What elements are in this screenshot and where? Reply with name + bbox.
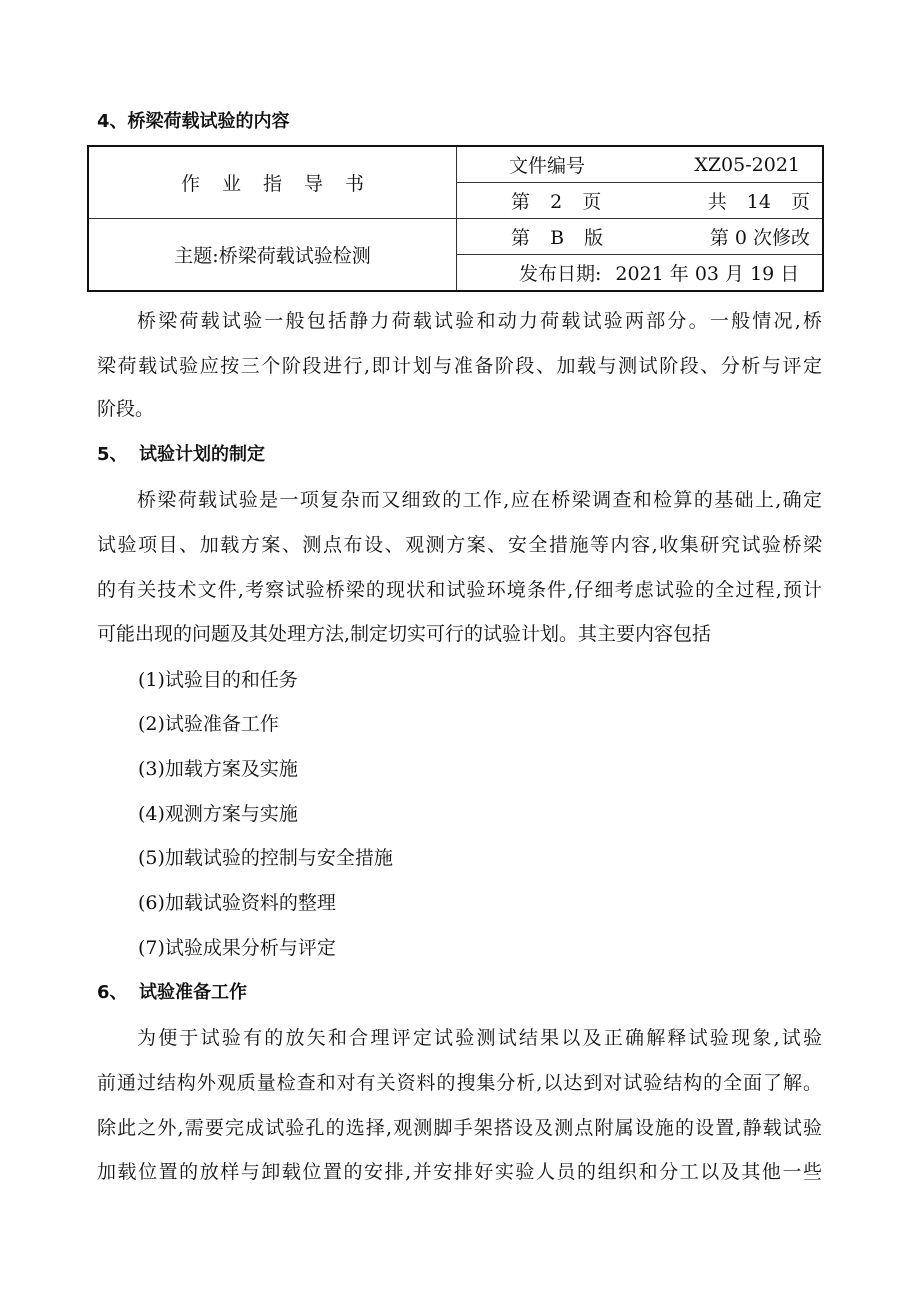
- section-number: 4、: [97, 110, 128, 134]
- paragraph-3-line-2: 前通过结构外观质量检查和对有关资料的搜集分析,以达到对试验结构的全面了解。: [97, 1071, 822, 1095]
- edition-cell: 第 B 版 第 0 次修改: [457, 219, 824, 255]
- paragraph-1-line-3: 阶段。: [97, 397, 154, 421]
- paragraph-3-line-4: 加载位置的放样与卸载位置的安排,并安排好实验人员的组织和分工以及其他一些: [97, 1160, 822, 1184]
- paragraph-1-line-2: 梁荷载试验应按三个阶段进行,即计划与准备阶段、加载与测试阶段、分析与评定: [97, 354, 822, 378]
- paragraph-2-line-1: 桥梁荷载试验是一项复杂而又细致的工作,应在桥梁调查和检算的基础上,确定: [137, 488, 822, 512]
- total-pages: 14: [747, 191, 771, 213]
- section-heading-6: 6、试验准备工作: [97, 981, 247, 1005]
- plan-item: (4)观测方案与实施: [138, 802, 298, 826]
- document-header-table: 作业指导书 文件编号 XZ05-2021 第 2 页 共 14 页: [87, 145, 824, 292]
- page-cell: 第 2 页 共 14 页: [457, 183, 824, 219]
- edition-indicator: 第 B 版: [511, 223, 603, 250]
- section-number: 6、: [97, 981, 139, 1005]
- section-title: 试验准备工作: [139, 982, 247, 1003]
- section-heading-4: 4、桥梁荷载试验的内容: [97, 110, 290, 134]
- paragraph-2-line-3: 的有关技术文件,考察试验桥梁的现状和试验环境条件,仔细考虑试验的全过程,预计: [97, 578, 822, 602]
- file-number-cell: 文件编号 XZ05-2021: [457, 146, 824, 183]
- paragraph-2-line-4: 可能出现的问题及其处理方法,制定切实可行的试验计划。其主要内容包括: [97, 622, 711, 646]
- file-number-label: 文件编号: [509, 151, 585, 178]
- paragraph-3-line-1: 为便于试验有的放矢和合理评定试验测试结果以及正确解释试验现象,试验: [137, 1026, 822, 1050]
- section-number: 5、: [97, 443, 139, 467]
- subject-cell: 主题:桥梁荷载试验检测: [88, 219, 457, 292]
- plan-item: (7)试验成果分析与评定: [138, 936, 336, 960]
- plan-item: (3)加载方案及实施: [138, 757, 298, 781]
- doc-type: 作业指导书: [159, 173, 386, 195]
- section-heading-5: 5、试验计划的制定: [97, 443, 265, 467]
- doc-type-cell: 作业指导书: [88, 146, 457, 219]
- plan-item: (1)试验目的和任务: [138, 668, 298, 692]
- revision-indicator: 第 0 次修改: [710, 223, 810, 250]
- release-date-cell: 发布日期: 2021 年 03 月 19 日: [457, 255, 824, 292]
- release-date-value: 2021 年 03 月 19 日: [615, 259, 799, 286]
- paragraph-3-line-3: 除此之外,需要完成试验孔的选择,观测脚手架搭设及测点附属设施的设置,静载试验: [97, 1116, 822, 1140]
- plan-item: (5)加载试验的控制与安全措施: [138, 846, 393, 870]
- section-title: 试验计划的制定: [139, 444, 265, 465]
- section-title: 桥梁荷载试验的内容: [128, 111, 290, 132]
- page-indicator: 第 2 页: [511, 187, 601, 214]
- plan-item: (6)加载试验资料的整理: [138, 891, 336, 915]
- total-pages-indicator: 共 14 页: [708, 187, 810, 214]
- paragraph-1-line-1: 桥梁荷载试验一般包括静力荷载试验和动力荷载试验两部分。一般情况,桥: [137, 309, 822, 333]
- paragraph-2-line-2: 试验项目、加载方案、测点布设、观测方案、安全措施等内容,收集研究试验桥梁: [97, 533, 822, 557]
- subject: 主题:桥梁荷载试验检测: [174, 245, 370, 267]
- edition-value: B: [550, 227, 564, 249]
- file-number-value: XZ05-2021: [694, 154, 800, 176]
- plan-item: (2)试验准备工作: [138, 712, 279, 736]
- release-date-label: 发布日期:: [519, 259, 601, 286]
- page-number: 2: [550, 191, 562, 213]
